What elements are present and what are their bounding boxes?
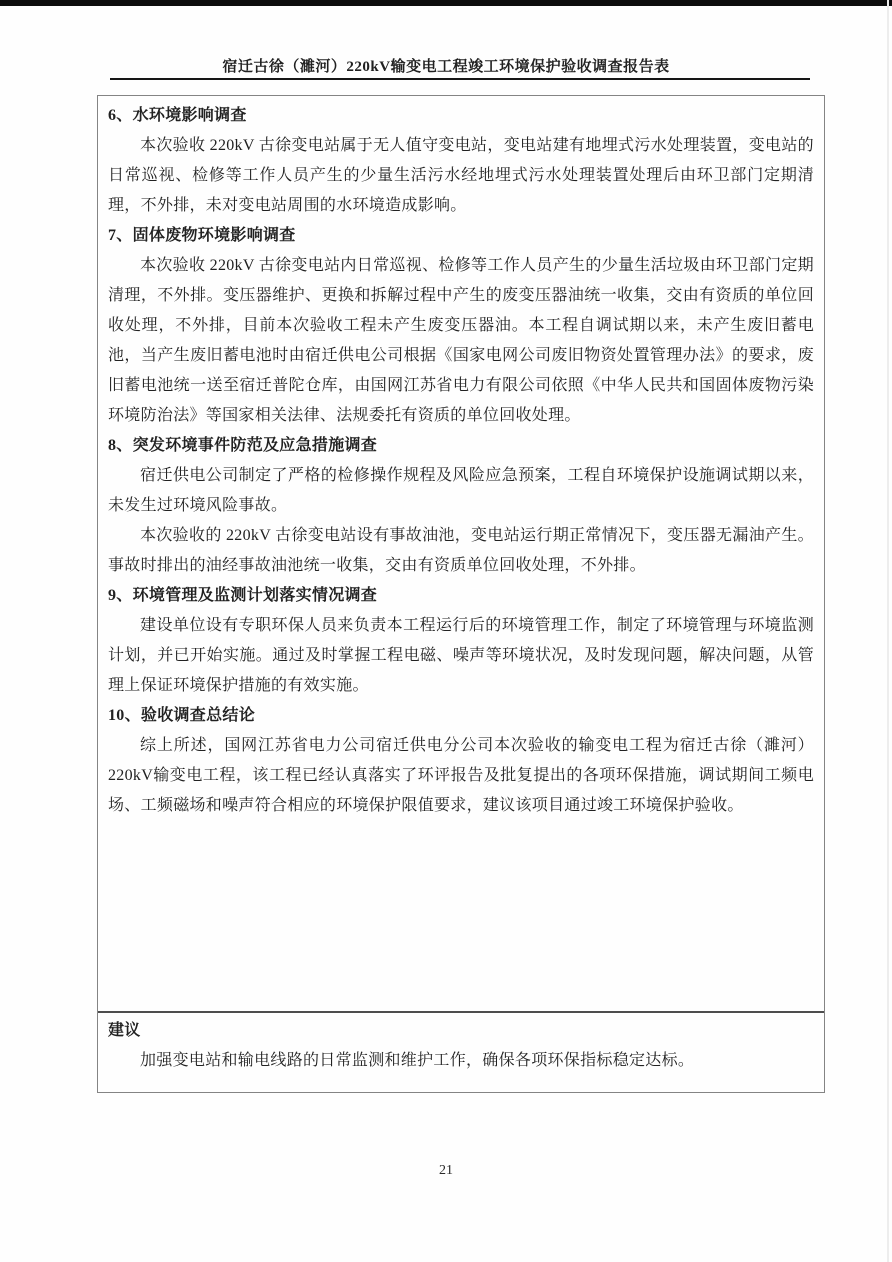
- section-8-heading: 8、突发环境事件防范及应急措施调查: [108, 431, 814, 461]
- section-7-heading: 7、固体废物环境影响调查: [108, 221, 814, 251]
- page-number: 21: [0, 1163, 892, 1179]
- suggestion-cell: 建议 加强变电站和输电线路的日常监测和维护工作，确保各项环保指标稳定达标。: [98, 1011, 824, 1092]
- running-header-title: 宿迁古徐（濉河）220kV输变电工程竣工环境保护验收调查报告表: [0, 55, 892, 76]
- section-6-heading: 6、水环境影响调查: [108, 101, 814, 131]
- section-10-paragraph: 综上所述，国网江苏省电力公司宿迁供电分公司本次验收的输变电工程为宿迁古徐（濉河）…: [108, 731, 814, 821]
- section-7-paragraph: 本次验收 220kV 古徐变电站内日常巡视、检修等工作人员产生的少量生活垃圾由环…: [108, 251, 814, 431]
- section-8-paragraph-1: 宿迁供电公司制定了严格的检修操作规程及风险应急预案，工程自环境保护设施调试期以来…: [108, 461, 814, 521]
- scan-edge-right: [887, 0, 889, 1262]
- section-9-paragraph: 建设单位设有专职环保人员来负责本工程运行后的环境管理工作，制定了环境管理与环境监…: [108, 611, 814, 701]
- report-main-cell: 6、水环境影响调查 本次验收 220kV 古徐变电站属于无人值守变电站，变电站建…: [98, 96, 824, 1011]
- header-rule: [110, 78, 810, 80]
- suggestion-paragraph: 加强变电站和输电线路的日常监测和维护工作，确保各项环保指标稳定达标。: [108, 1046, 814, 1076]
- section-6-paragraph: 本次验收 220kV 古徐变电站属于无人值守变电站，变电站建有地埋式污水处理装置…: [108, 131, 814, 221]
- suggestion-heading: 建议: [108, 1016, 814, 1046]
- section-10-heading: 10、验收调查总结论: [108, 701, 814, 731]
- section-8-paragraph-2: 本次验收的 220kV 古徐变电站设有事故油池，变电站运行期正常情况下，变压器无…: [108, 521, 814, 581]
- document-page: 宿迁古徐（濉河）220kV输变电工程竣工环境保护验收调查报告表 6、水环境影响调…: [0, 0, 892, 1262]
- scan-edge-top: [0, 0, 892, 6]
- section-9-heading: 9、环境管理及监测计划落实情况调查: [108, 581, 814, 611]
- report-table: 6、水环境影响调查 本次验收 220kV 古徐变电站属于无人值守变电站，变电站建…: [97, 95, 825, 1093]
